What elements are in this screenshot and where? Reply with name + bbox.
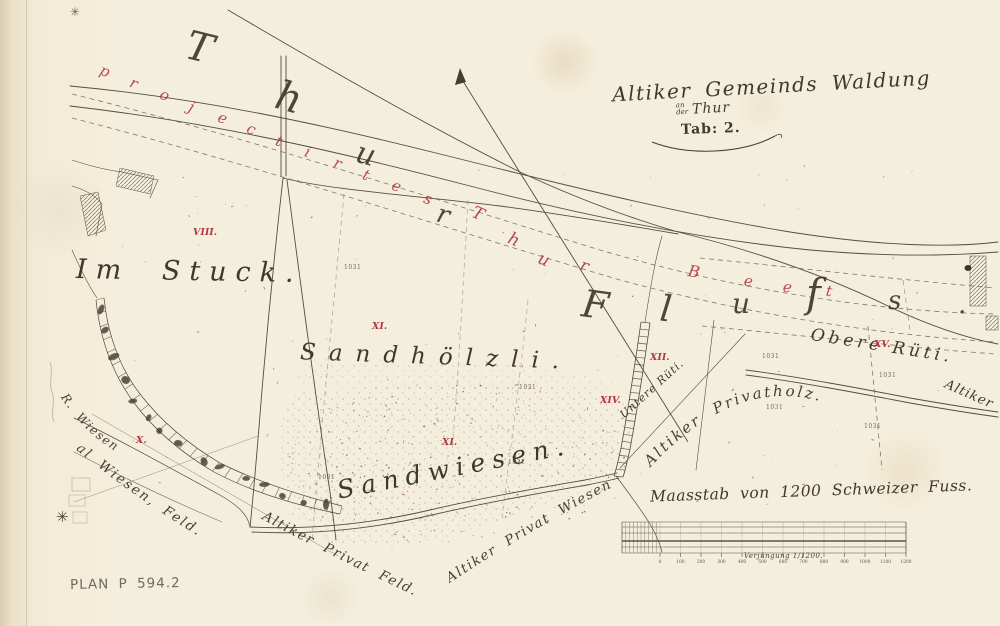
sand-dot <box>592 443 594 445</box>
ink-speck <box>872 319 873 320</box>
sand-dot <box>554 507 555 508</box>
hatch-rung <box>169 432 177 440</box>
sand-dot <box>308 437 309 438</box>
hatch-rung <box>225 468 231 477</box>
sand-dot <box>497 427 498 428</box>
ink-speck <box>938 390 939 391</box>
red-speck <box>752 476 754 478</box>
field-star-symbol: ✳ <box>56 510 69 525</box>
ink-speck <box>786 180 788 181</box>
sand-dot <box>426 405 427 406</box>
map-title-line2: an der Thur <box>676 100 731 117</box>
red-speck <box>707 218 709 219</box>
sand-dot <box>432 515 433 516</box>
ink-speck <box>597 370 599 371</box>
red-speck <box>330 457 332 458</box>
label-im-stuck: Im Stuck. <box>76 256 303 287</box>
sand-dot <box>403 419 404 420</box>
sand-dot <box>584 511 586 513</box>
title-thur: Thur <box>692 100 731 116</box>
sand-dot <box>510 515 511 516</box>
sand-dot <box>363 417 364 418</box>
sand-dot <box>572 447 573 448</box>
sand-dot <box>623 457 625 459</box>
sand-dot <box>330 511 332 513</box>
sand-dot <box>620 462 621 463</box>
sand-dot <box>570 496 571 497</box>
sand-dot <box>318 473 319 474</box>
sand-dot <box>436 413 437 414</box>
sand-dot <box>544 515 545 516</box>
label-altiker-privatholz: Altiker Privatholz. <box>639 382 825 471</box>
sand-dot <box>391 413 392 414</box>
sand-dot <box>509 512 511 514</box>
sand-dot <box>403 536 405 538</box>
sand-dot <box>446 445 447 446</box>
sand-dot <box>493 406 494 407</box>
svg-text:al Wiesen, Feld.: al Wiesen, Feld. <box>73 440 205 540</box>
hatch-rung <box>635 364 644 365</box>
sand-dot <box>568 503 570 505</box>
sand-dot <box>582 437 583 438</box>
ink-speck <box>132 441 134 443</box>
red-speck <box>758 174 759 175</box>
sand-dot <box>577 493 578 494</box>
sand-dot <box>292 468 293 469</box>
red-speck <box>183 177 184 178</box>
sand-dot <box>410 413 411 414</box>
red-speck <box>917 292 918 294</box>
tree-blob <box>260 482 270 486</box>
sand-dot <box>337 407 338 408</box>
sand-dot <box>607 488 608 489</box>
sand-dot <box>346 454 348 456</box>
sand-dot <box>568 518 570 520</box>
sand-dot <box>295 444 296 445</box>
sand-dot <box>368 397 370 399</box>
label-wiesen-upper: R. Wiesen <box>58 390 122 454</box>
tree-blob <box>97 304 105 315</box>
sand-dot <box>401 419 402 420</box>
sand-dot <box>349 438 351 440</box>
sand-dot <box>455 516 456 517</box>
scale-tick-label: 1100 <box>880 560 891 565</box>
red-speck <box>632 296 633 297</box>
sand-dot <box>590 475 592 477</box>
ink-speck <box>225 203 226 205</box>
sand-dot <box>312 449 313 450</box>
map-title-tab: Tab: 2. <box>681 121 741 137</box>
sand-dot <box>601 488 602 489</box>
sand-dot <box>596 445 597 446</box>
red-speck <box>502 232 503 233</box>
sand-dot <box>379 441 381 443</box>
sand-dot <box>589 458 591 460</box>
hatch-rung <box>275 488 280 498</box>
sand-dot <box>359 415 360 416</box>
sand-dot <box>438 389 439 390</box>
sand-dot <box>576 446 577 447</box>
sand-dot <box>306 464 307 465</box>
hatch-rung <box>640 329 649 330</box>
scale-tick-label: 0 <box>659 560 662 565</box>
sand-dot <box>505 516 507 518</box>
sand-dot <box>567 512 568 513</box>
sand-dot <box>602 430 604 432</box>
hatched-structures <box>80 168 998 330</box>
hatch-rung <box>100 324 108 327</box>
sand-dot <box>437 407 438 408</box>
sand-dot <box>438 502 440 504</box>
sand-dot <box>336 410 337 411</box>
sand-dot <box>413 503 414 504</box>
sand-dot <box>412 509 413 510</box>
sand-dot <box>596 494 597 495</box>
ink-speck <box>122 246 123 247</box>
sand-dot <box>366 416 367 417</box>
red-speck <box>365 206 366 207</box>
svg-text:R. Wiesen: R. Wiesen <box>58 390 122 454</box>
red-speck <box>650 268 651 269</box>
sand-dot <box>493 532 495 534</box>
hatch-rung <box>140 405 148 411</box>
sand-dot <box>330 497 331 498</box>
sand-dot <box>329 500 330 501</box>
weir-connector <box>645 236 662 322</box>
sand-dot <box>442 541 443 542</box>
margin-annotation-squiggle <box>50 362 54 422</box>
nw-hatched-strip-1 <box>116 168 154 194</box>
sand-dot <box>354 513 355 514</box>
sand-dot <box>421 534 422 535</box>
scale-tick-label: 600 <box>779 560 787 565</box>
sand-dot <box>388 430 389 431</box>
tree-blob <box>156 428 162 435</box>
sand-dot <box>465 515 466 516</box>
sand-dot <box>316 431 318 433</box>
sand-dot <box>611 452 613 454</box>
lower-bank-line <box>678 232 998 344</box>
hatch-rung <box>616 469 625 470</box>
sand-dot <box>444 431 445 432</box>
sand-dot <box>573 456 574 457</box>
sand-dot <box>516 506 518 508</box>
red-speck <box>614 497 615 498</box>
sand-dot <box>353 402 355 404</box>
sand-dot <box>310 442 311 443</box>
title-der: der <box>676 109 688 117</box>
nw-hatched-strip-2 <box>80 192 106 236</box>
sand-dot <box>449 409 450 410</box>
road-branch-east <box>283 178 678 234</box>
sand-dot <box>379 509 380 510</box>
sand-dot <box>353 410 354 411</box>
sand-dot <box>545 428 546 429</box>
ink-speck <box>513 268 514 270</box>
sand-dot <box>605 445 606 446</box>
sand-dot <box>367 458 368 459</box>
sand-dot <box>462 391 464 393</box>
sand-dot <box>436 489 437 490</box>
red-speck <box>297 180 298 181</box>
sand-dot <box>330 412 332 414</box>
sand-dot <box>447 396 448 397</box>
scale-tick-label: 100 <box>676 560 684 565</box>
red-speck <box>802 406 804 407</box>
sand-dot <box>573 466 574 467</box>
sand-dot <box>440 428 441 429</box>
sand-dot <box>479 492 480 493</box>
sand-dot <box>327 461 328 462</box>
ink-speck <box>650 177 651 178</box>
sand-dot <box>495 509 496 510</box>
road-branch-south <box>250 178 283 527</box>
tree-blob <box>121 375 131 385</box>
sand-dot <box>389 511 390 512</box>
red-speck <box>729 442 730 444</box>
sand-dot <box>359 448 361 450</box>
sand-dot <box>341 443 342 444</box>
hatch-rung <box>112 361 120 365</box>
sand-dot <box>328 431 330 433</box>
sand-dot <box>340 439 341 440</box>
map-canvas: Altiker Privatholz. Altiker Privat Wiese… <box>0 0 1000 626</box>
sand-dot <box>609 432 610 433</box>
red-speck <box>267 434 269 436</box>
red-speck <box>277 382 279 384</box>
sand-dot <box>352 404 353 405</box>
red-speck <box>883 176 884 178</box>
sand-dot <box>415 515 416 516</box>
sand-dot <box>434 530 436 532</box>
north-star-symbol: ✳ <box>70 6 80 18</box>
ink-speck <box>197 213 198 215</box>
sand-dot <box>427 514 429 516</box>
sand-dot <box>395 532 397 534</box>
scale-tick-label: 200 <box>697 560 705 565</box>
parcel-dash-7 <box>903 280 910 330</box>
ink-speck <box>390 200 391 201</box>
sand-dot <box>354 519 355 520</box>
sand-dot <box>473 535 474 536</box>
sand-dot <box>466 414 467 415</box>
ink-speck <box>892 328 893 330</box>
sand-dot <box>525 436 526 437</box>
hatch-rung <box>636 357 645 358</box>
sand-dot <box>289 456 291 458</box>
tree-blob <box>200 457 209 467</box>
sand-dot <box>373 465 374 466</box>
sand-dot <box>582 423 583 424</box>
sand-dot <box>290 472 291 473</box>
sand-dot <box>424 519 426 521</box>
sand-dot <box>546 487 547 488</box>
sand-dot <box>545 519 546 520</box>
sand-dot <box>456 385 458 387</box>
sand-dot <box>355 514 356 515</box>
sand-dot <box>531 506 533 508</box>
sand-dot <box>602 489 603 490</box>
sand-dot <box>470 422 471 423</box>
ink-speck <box>292 340 293 342</box>
sand-dot <box>461 531 462 532</box>
red-speck <box>764 204 765 205</box>
tree-blob <box>215 464 225 470</box>
sand-dot <box>385 405 386 406</box>
ink-speck <box>246 205 247 207</box>
sand-dot <box>502 428 503 429</box>
sand-dot <box>308 473 310 475</box>
sand-dot <box>606 474 607 475</box>
hatch-rung <box>125 384 133 389</box>
sand-dot <box>529 405 530 406</box>
sand-dot <box>518 406 520 408</box>
sand-dot <box>532 516 533 517</box>
red-speck <box>732 389 734 391</box>
sand-dot <box>361 466 363 468</box>
sand-dot <box>516 413 518 415</box>
hatch-rung <box>237 474 243 483</box>
sand-dot <box>329 408 330 409</box>
sand-dot <box>509 490 511 492</box>
sand-dot <box>292 452 294 454</box>
right-edge-structure <box>970 256 986 306</box>
tree-blob <box>323 499 329 510</box>
sand-dot <box>480 428 481 429</box>
red-speck <box>311 217 313 219</box>
sand-dot <box>508 429 509 430</box>
sand-dot <box>459 483 460 484</box>
sand-dot <box>571 420 572 421</box>
scale-tick-label: 700 <box>799 560 807 565</box>
river-line-north <box>70 86 998 245</box>
sand-dot <box>417 384 418 385</box>
sand-dot <box>412 522 413 523</box>
sand-dot <box>436 515 437 516</box>
sand-dot <box>473 427 474 428</box>
sand-dot <box>440 440 441 441</box>
sand-dot <box>542 475 544 477</box>
sand-dot <box>582 512 584 514</box>
sand-dot <box>481 436 482 437</box>
sand-dot <box>555 485 556 486</box>
sand-dot <box>401 410 402 411</box>
sand-dot <box>506 491 507 492</box>
sand-dot <box>507 529 508 530</box>
hatch-rung <box>632 385 641 386</box>
sand-dot <box>413 436 414 437</box>
red-speck <box>189 215 190 216</box>
sand-dot <box>412 453 413 454</box>
parcel-line-vertical <box>696 320 714 470</box>
sand-dot <box>495 501 496 502</box>
scale-tick-label: 800 <box>820 560 828 565</box>
sand-dot <box>570 407 571 408</box>
sand-dot <box>384 404 385 405</box>
ink-speck <box>640 473 642 474</box>
ink-speck <box>607 293 609 294</box>
sand-dot <box>471 498 473 500</box>
sand-dot <box>377 512 378 513</box>
sand-dot <box>419 504 420 505</box>
hatch-rung <box>637 350 646 351</box>
sand-dot <box>390 516 392 518</box>
sand-dot <box>389 409 390 410</box>
sand-dot <box>343 449 344 450</box>
red-speck <box>459 333 460 335</box>
title-an-der-stack: an der <box>676 102 689 117</box>
sand-dot <box>448 541 449 542</box>
sand-dot <box>522 417 523 418</box>
right-edge-structure-2 <box>986 316 998 330</box>
sand-dot <box>456 403 458 405</box>
sand-dot <box>384 415 386 417</box>
ink-speck <box>911 171 913 172</box>
scale-tick-label: 300 <box>717 560 725 565</box>
sand-dot <box>396 443 397 444</box>
sand-dot <box>520 434 521 435</box>
sand-dot <box>455 395 456 396</box>
sand-dot <box>384 523 385 524</box>
ink-speck <box>766 504 768 505</box>
hatch-rung <box>614 476 623 477</box>
hatch-rung <box>103 336 111 339</box>
ink-speck <box>355 259 356 260</box>
sand-dot <box>390 427 391 428</box>
sand-dot <box>303 486 304 487</box>
sand-dot <box>624 466 625 467</box>
sand-dot <box>331 481 333 483</box>
sand-dot <box>367 411 369 413</box>
sand-dot <box>496 400 497 401</box>
red-speck <box>630 205 632 207</box>
tree-blob <box>108 352 120 361</box>
river-line-south <box>70 106 998 255</box>
hatch-rung <box>96 298 104 300</box>
hatch-rung <box>633 378 642 379</box>
tree-blob <box>145 414 152 422</box>
sand-dot <box>608 477 609 478</box>
red-speck <box>197 331 199 333</box>
sand-dot <box>411 443 413 445</box>
sand-dot <box>602 442 604 444</box>
sand-dot <box>584 505 585 506</box>
sand-dot <box>595 454 596 455</box>
right-edge-mark <box>965 265 972 271</box>
sand-dot <box>309 488 310 489</box>
sand-dot <box>291 463 292 464</box>
hatch-rung <box>639 336 648 337</box>
hatch-rung <box>107 349 115 353</box>
sand-dot <box>524 495 526 497</box>
sand-dot <box>423 426 425 428</box>
sand-dot <box>517 494 519 496</box>
tree-blob <box>243 476 250 480</box>
sand-dot <box>391 396 393 398</box>
sand-dot <box>561 514 562 515</box>
ink-speck <box>478 169 479 171</box>
sand-dot <box>576 457 577 458</box>
hatch-rung <box>634 371 643 372</box>
sand-dot <box>438 420 439 421</box>
svg-text:Altiker Privatholz.: Altiker Privatholz. <box>639 382 825 471</box>
sand-dot <box>392 497 393 498</box>
label-wiesen-feld: al Wiesen, Feld. <box>73 440 205 540</box>
sand-dot <box>321 417 322 418</box>
hatch-rung <box>641 322 650 323</box>
sand-dot <box>376 460 378 462</box>
sand-dot <box>591 489 592 490</box>
